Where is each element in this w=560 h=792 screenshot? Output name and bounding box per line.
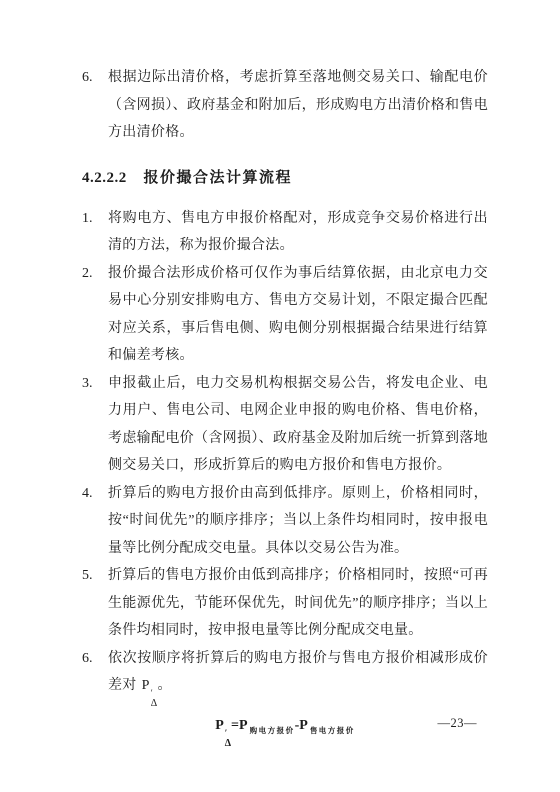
section-heading-number: 4.2.2.2: [82, 170, 127, 186]
formula-delta-subscript: Δ: [225, 739, 231, 749]
sentence-period: 。: [157, 678, 171, 693]
list-item-number: 6.: [82, 64, 93, 92]
formula-rhs1-base: P: [239, 718, 248, 733]
list-item: 6. 依次按顺序将折算后的购电方报价与售电方报价相减形成价差对P′Δ。: [82, 645, 488, 710]
list-item-number: 1.: [82, 205, 93, 233]
delta-subscript: Δ: [151, 699, 158, 709]
document-page: 6. 根据边际出清价格，考虑折算至落地侧交易关口、输配电价（含网损）、政府基金和…: [0, 0, 560, 792]
formula-rhs2-base: P: [299, 718, 308, 733]
list-item: 1. 将购电方、售电方申报价格配对，形成竞争交易价格进行出清的方法，称为报价撮合…: [82, 205, 488, 260]
list-item-number: 6.: [82, 645, 93, 673]
price-delta-base: P: [142, 678, 150, 693]
formula-buyer-subscript: 购电方报价: [250, 726, 295, 735]
list-item-text: 根据边际出清价格，考虑折算至落地侧交易关口、输配电价（含网损）、政府基金和附加后…: [108, 70, 488, 140]
list-item: 2. 报价撮合法形成价格可仅作为事后结算依据，由北京电力交易中心分别安排购电方、…: [82, 260, 488, 370]
list-item: 4. 折算后的购电方报价由高到低排序。原则上，价格相同时，按“时间优先”的顺序排…: [82, 480, 488, 563]
section-heading: 4.2.2.2 报价撮合法计算流程: [82, 164, 488, 192]
list-item-text: 折算后的售电方报价由低到高排序；价格相同时，按照“可再生能源优先，节能环保优先，…: [108, 568, 488, 638]
list-item-number: 5.: [82, 562, 93, 590]
list-item-text: 申报截止后，电力交易机构根据交易公告，将发电企业、电力用户、售电公司、电网企业申…: [108, 376, 488, 474]
list-item: 3. 申报截止后，电力交易机构根据交易公告，将发电企业、电力用户、售电公司、电网…: [82, 370, 488, 480]
page-number: —23—: [438, 716, 478, 731]
formula-equals-sign: =: [231, 718, 239, 733]
list-item-number: 2.: [82, 260, 93, 288]
price-delta-symbol: P′Δ: [142, 678, 158, 693]
list-item: 6. 根据边际出清价格，考虑折算至落地侧交易关口、输配电价（含网损）、政府基金和…: [82, 64, 488, 147]
formula-lhs-base: P: [215, 718, 224, 733]
formula-seller-subscript: 售电方报价: [310, 726, 355, 735]
list-item-number: 4.: [82, 480, 93, 508]
list-item-text: 折算后的购电方报价由高到低排序。原则上，价格相同时，按“时间优先”的顺序排序；当…: [108, 486, 488, 556]
list-item: 5. 折算后的售电方报价由低到高排序；价格相同时，按照“可再生能源优先，节能环保…: [82, 562, 488, 645]
section-heading-title: 报价撮合法计算流程: [144, 169, 293, 186]
list-item-text: 将购电方、售电方申报价格配对，形成竞争交易价格进行出清的方法，称为报价撮合法。: [108, 211, 488, 254]
price-difference-formula: P′Δ=P购电方报价-P售电方报价: [82, 714, 488, 749]
list-item-text: 报价撮合法形成价格可仅作为事后结算依据，由北京电力交易中心分别安排购电方、售电方…: [108, 266, 488, 364]
page-content: 6. 根据边际出清价格，考虑折算至落地侧交易关口、输配电价（含网损）、政府基金和…: [82, 64, 488, 749]
list-item-number: 3.: [82, 370, 93, 398]
